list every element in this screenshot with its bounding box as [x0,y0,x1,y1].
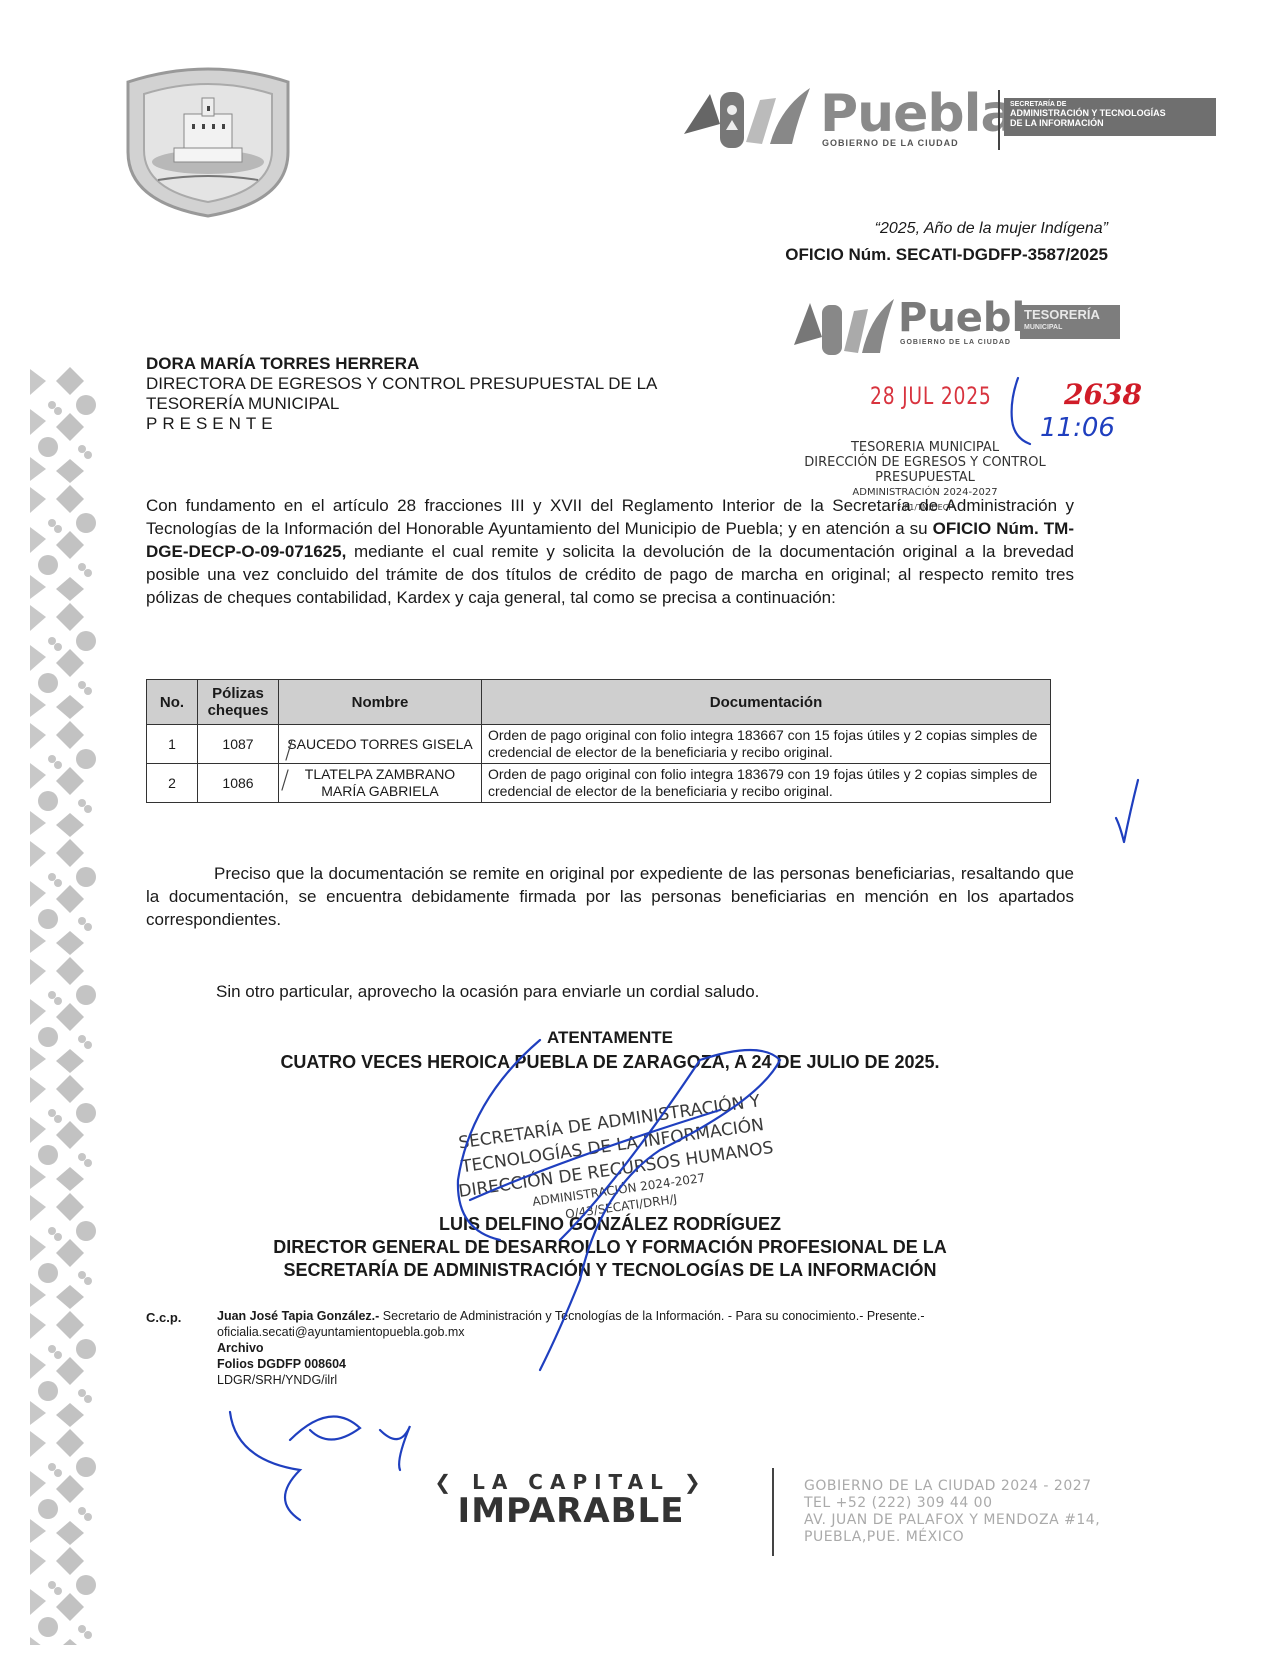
handwritten-time: 11:06 [1040,413,1115,443]
column-header-nombre: Nombre [279,680,482,725]
checkmark-stroke-icon [1012,378,1030,444]
oficio-number: OFICIO Núm. SECATI-DGDFP-3587/2025 [785,245,1108,265]
addressee-greeting: PRESENTE [146,414,657,434]
tesoreria-badge: TESORERÍA MUNICIPAL [1020,305,1120,339]
column-header-no: No. [147,680,198,725]
footer-address-line1: AV. JUAN DE PALAFOX Y MENDOZA #14, [804,1512,1100,1529]
footer-contact: GOBIERNO DE LA CIUDAD 2024 - 2027 TEL +5… [804,1478,1100,1546]
ccp-person: Juan José Tapia González.- [217,1309,379,1323]
initials-signature [230,1412,410,1520]
addressee-block: DORA MARÍA TORRES HERRERA DIRECTORA DE E… [146,354,657,434]
wing-left-icon: ❮ [434,1470,458,1494]
ccp-block: Juan José Tapia González.- Secretario de… [217,1308,925,1388]
table-row: 2 1086 TLATELPA ZAMBRANO MARÍA GABRIELA … [147,764,1051,803]
cell-documentacion: Orden de pago original con folio integra… [482,764,1051,803]
ccp-email: oficialia.secati@ayuntamientopuebla.gob.… [217,1324,925,1340]
stamp-line3: PRESUPUESTAL [770,470,1080,485]
ccp-initials: LDGR/SRH/YNDG/ilrl [217,1372,925,1388]
stamp-line2: DIRECCIÓN DE EGRESOS Y CONTROL [770,455,1080,470]
tesoreria-badge-line2: MUNICIPAL [1024,321,1116,334]
puebla-emblem-icon [790,295,895,357]
addressee-name: DORA MARÍA TORRES HERRERA [146,354,657,374]
column-header-documentacion: Documentación [482,680,1051,725]
secretaria-line1: ADMINISTRACIÓN Y TECNOLOGÍAS [1010,108,1210,118]
ccp-person-detail: Secretario de Administración y Tecnologí… [379,1309,924,1323]
cell-nombre: TLATELPA ZAMBRANO MARÍA GABRIELA [279,764,482,803]
receipt-number: 2638 [1064,378,1142,411]
cell-poliza: 1086 [198,764,279,803]
body-paragraph-3: Sin otro particular, aprovecho la ocasió… [216,982,759,1002]
cell-documentacion: Orden de pago original con folio integra… [482,725,1051,764]
body-paragraph-1: Con fundamento en el artículo 28 fraccio… [146,494,1074,609]
cell-no: 2 [147,764,198,803]
reception-date-stamp: 28 JUL 2025 [870,382,992,410]
logo-wordmark: Puebla [820,84,1015,144]
ccp-label: C.c.p. [146,1310,181,1325]
signer-block: LUIS DELFINO GONZÁLEZ RODRÍGUEZ DIRECTOR… [146,1213,1074,1282]
secretaria-badge: SECRETARÍA DE ADMINISTRACIÓN Y TECNOLOGÍ… [1004,98,1216,136]
cell-no: 1 [147,725,198,764]
header-divider [998,90,1000,150]
stamp-logo-subtitle: GOBIERNO DE LA CIUDAD [900,339,1011,346]
tesoreria-stamp-logo: Puebla GOBIERNO DE LA CIUDAD TESORERÍA M… [790,295,1130,357]
puebla-emblem-icon [680,84,815,150]
wing-right-icon: ❯ [684,1470,708,1494]
footer-government-period: GOBIERNO DE LA CIUDAD 2024 - 2027 [804,1478,1100,1495]
secretaria-small-label: SECRETARÍA DE [1010,101,1210,108]
ccp-recipient: Juan José Tapia González.- Secretario de… [217,1308,925,1324]
table-header-row: No. Pólizas cheques Nombre Documentación [147,680,1051,725]
city-coat-of-arms-icon [118,62,298,218]
tesoreria-badge-line1: TESORERÍA [1024,307,1100,322]
footer-brand: ❮ LA CAPITAL ❯ IMPARABLE [426,1470,716,1528]
logo-subtitle: GOBIERNO DE LA CIUDAD [822,138,959,148]
decorative-border-pattern [28,365,98,1645]
table-row: 1 1087 SAUCEDO TORRES GISELA Orden de pa… [147,725,1051,764]
footer-divider [772,1468,774,1556]
place-and-date: CUATRO VECES HEROICA PUEBLA DE ZARAGOZA,… [146,1052,1074,1073]
footer-address-line2: PUEBLA,PUE. MÉXICO [804,1529,1100,1546]
signer-name: LUIS DELFINO GONZÁLEZ RODRÍGUEZ [146,1213,1074,1236]
ccp-folios: Folios DGDFP 008604 [217,1356,925,1372]
column-header-polizas: Pólizas cheques [198,680,279,725]
secretaria-line2: DE LA INFORMACIÓN [1010,118,1210,128]
body-paragraph-2: Preciso que la documentación se remite e… [146,862,1074,931]
cell-nombre: SAUCEDO TORRES GISELA [279,725,482,764]
signer-title-line2: SECRETARÍA DE ADMINISTRACIÓN Y TECNOLOGÍ… [146,1259,1074,1282]
year-motto: “2025, Año de la mujer Indígena” [875,220,1108,238]
footer-phone: TEL +52 (222) 309 44 00 [804,1495,1100,1512]
documents-table: No. Pólizas cheques Nombre Documentación… [146,679,1051,803]
stamp-line1: TESORERIA MUNICIPAL [770,440,1080,455]
brand-line2: IMPARABLE [426,1494,716,1528]
addressee-title-line2: TESORERÍA MUNICIPAL [146,394,657,414]
header-logo: Puebla GOBIERNO DE LA CIUDAD SECRETARÍA … [680,84,1220,150]
signer-title-line1: DIRECTOR GENERAL DE DESARROLLO Y FORMACI… [146,1236,1074,1259]
cell-poliza: 1087 [198,725,279,764]
checkmark-icon [1116,780,1138,842]
addressee-title-line1: DIRECTORA DE EGRESOS Y CONTROL PRESUPUES… [146,374,657,394]
ccp-archivo: Archivo [217,1340,925,1356]
closing-atentamente: ATENTAMENTE [146,1028,1074,1048]
